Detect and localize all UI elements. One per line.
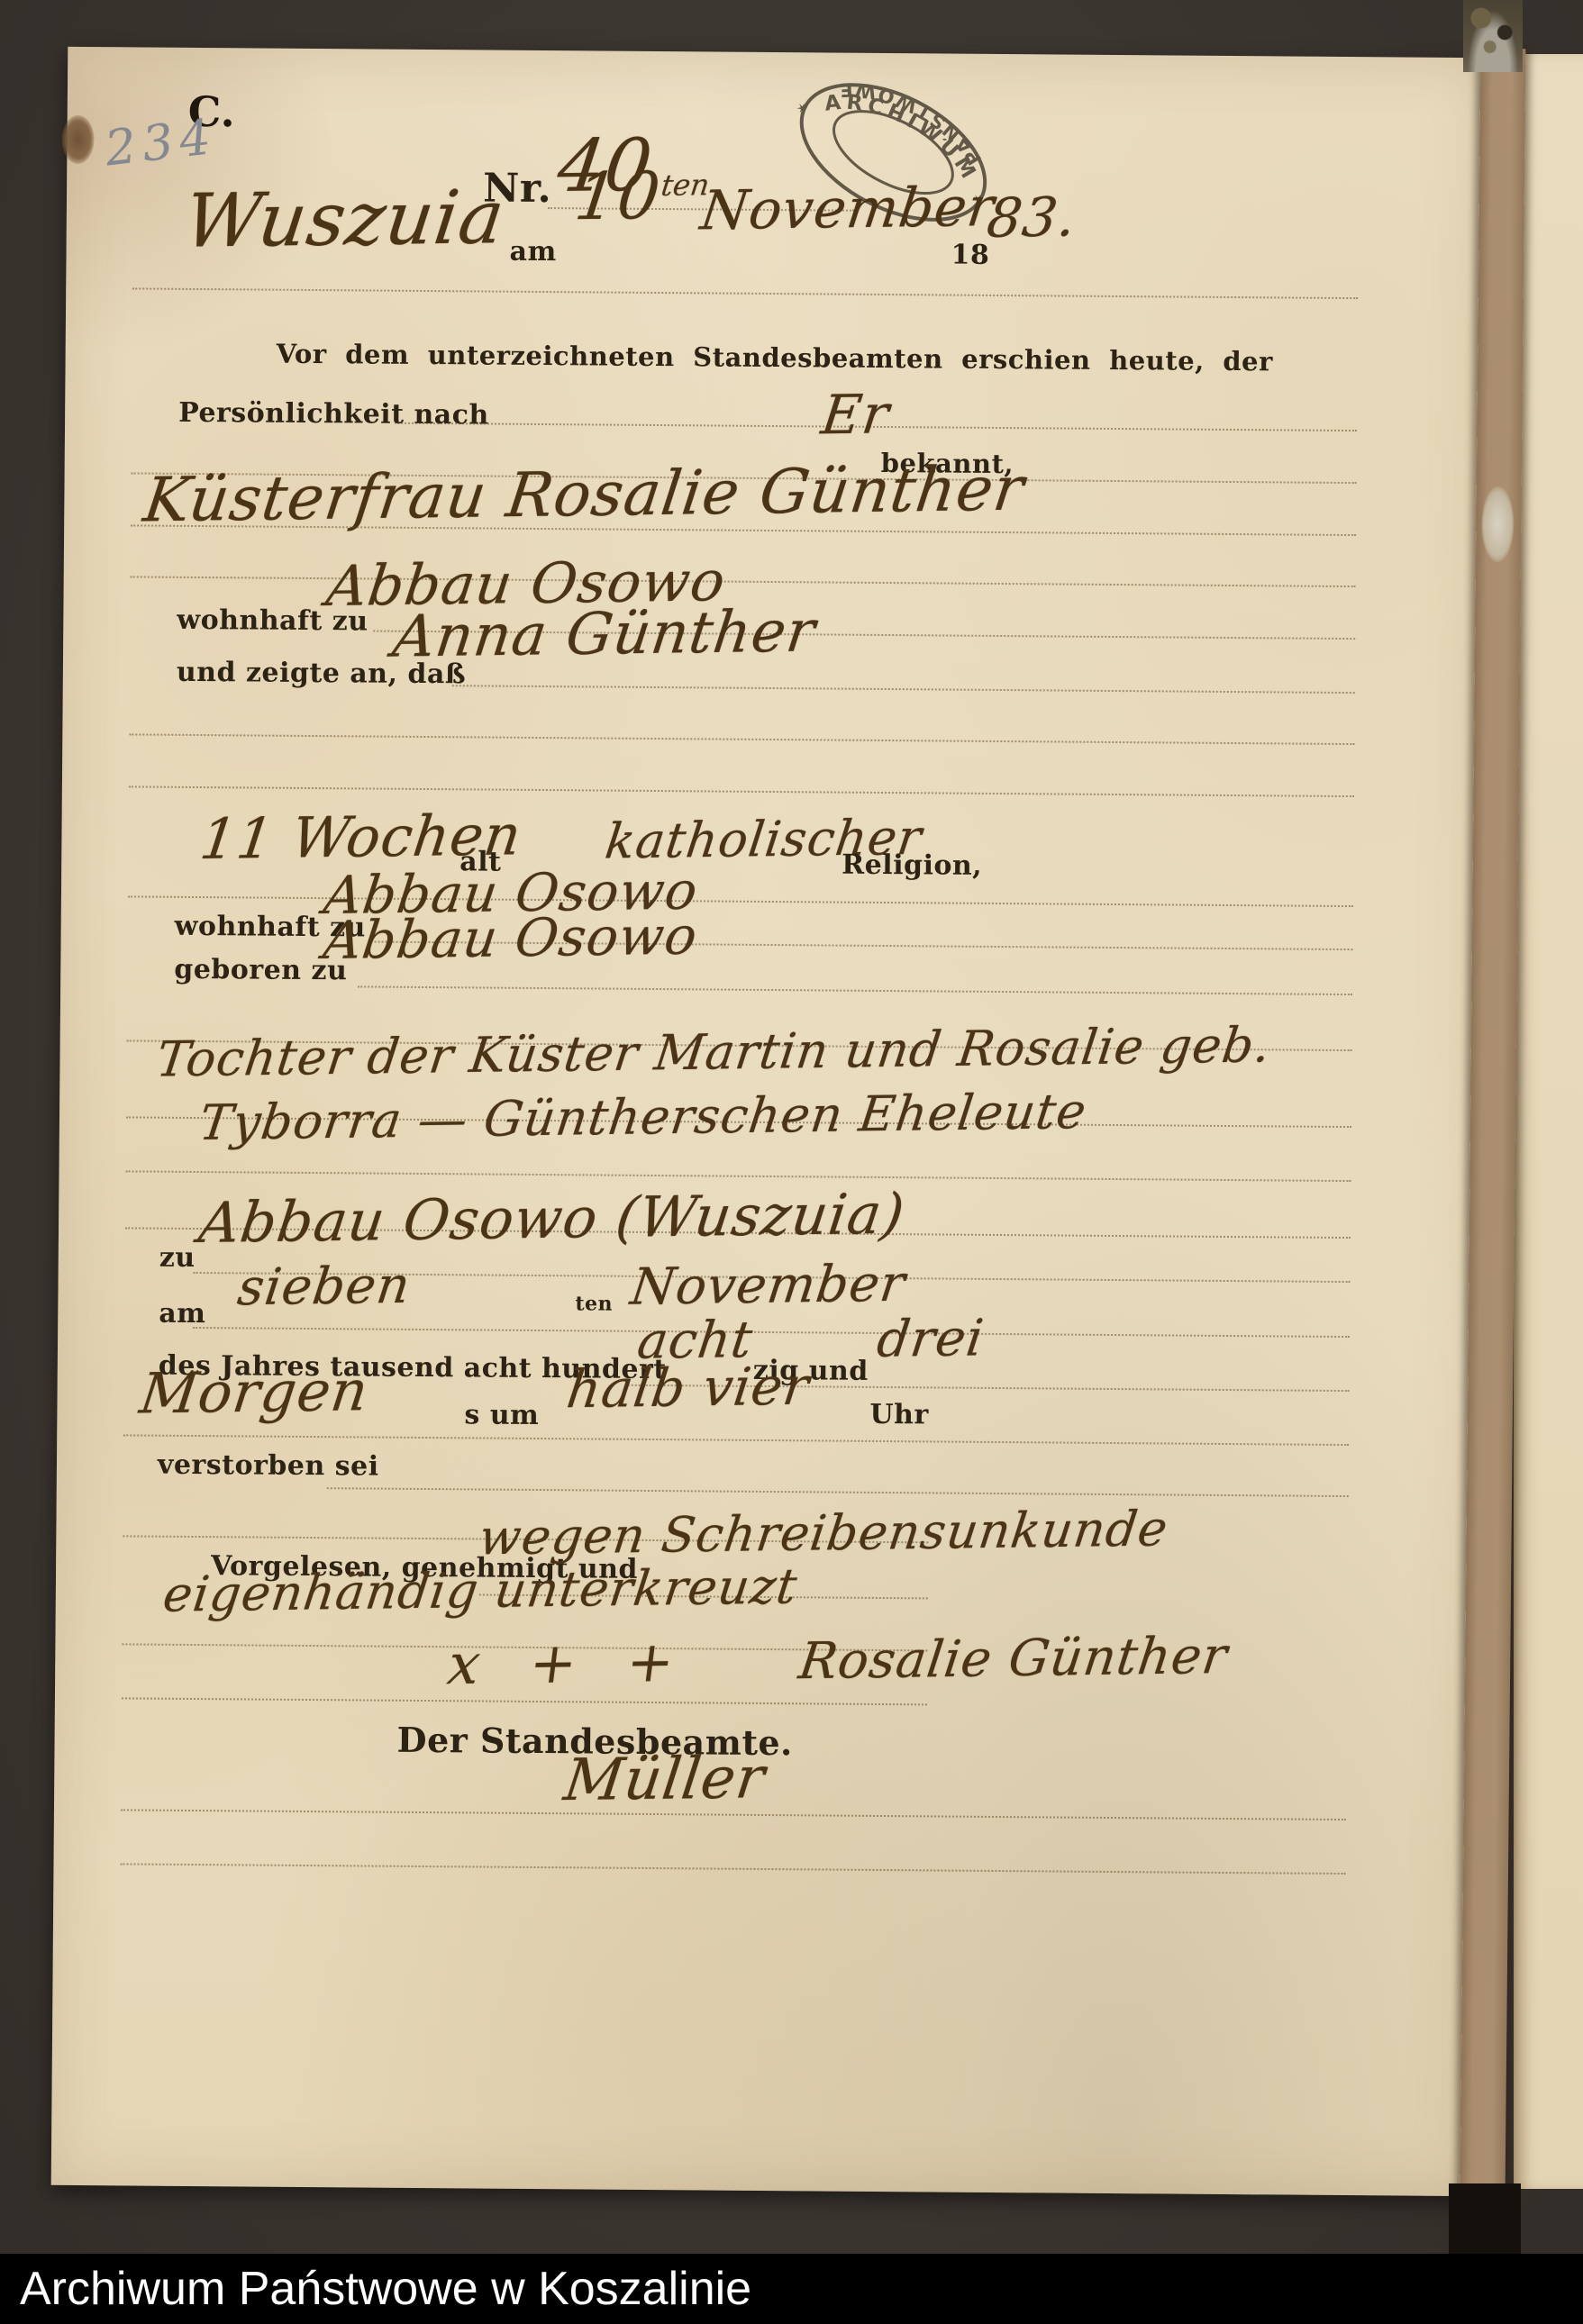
declarant-signature: Rosalie Günther: [796, 1627, 1231, 1691]
adjacent-page-edge: [1514, 54, 1583, 2189]
intro-line: Vor dem unterzeichneten Standesbeamten e…: [277, 339, 1273, 377]
birthplace-value: Abbau Osowo: [320, 905, 701, 972]
ruled-dotted-line: [126, 1170, 1351, 1182]
register-page: C. 234 ARCHIWUM PAŃSTWOWE ✶ ✶: [51, 47, 1487, 2196]
death-place-label: zu: [159, 1242, 196, 1274]
closing-handwritten-2: eigenhändig unterkreuzt: [160, 1557, 801, 1622]
ruled-dotted-line: [123, 1434, 1349, 1446]
book-binding: [1463, 0, 1523, 72]
dateline-day-number: 10: [571, 158, 665, 234]
ruled-dotted-line: [358, 985, 1352, 995]
archival-photo: C. 234 ARCHIWUM PAŃSTWOWE ✶ ✶: [0, 0, 1583, 2324]
dateline-am-label: am: [509, 236, 556, 268]
svg-text:PAŃSTWOWE: PAŃSTWOWE: [827, 59, 996, 175]
archive-caption-bar: Archiwum Państwowe w Koszalinie: [0, 2254, 1583, 2324]
religion-label: Religion,: [842, 849, 982, 882]
ruled-dotted-line: [327, 1487, 1349, 1497]
identity-handwritten-mark: Er: [818, 383, 893, 447]
death-time-unit-label: Uhr: [869, 1399, 929, 1431]
gutter-shadow: [1449, 2183, 1521, 2257]
dateline-day: 10ten: [571, 157, 713, 234]
parents-line1: Tochter der Küster Martin und Rosalie ge…: [153, 1016, 1274, 1087]
death-year-ones: drei: [874, 1309, 987, 1369]
tape-patch: [1481, 486, 1515, 562]
died-label: verstorben sei: [158, 1449, 379, 1483]
ink-blotch: [61, 115, 94, 164]
death-day-value: sieben: [234, 1257, 414, 1318]
archive-caption: Archiwum Państwowe w Koszalinie: [20, 2262, 751, 2316]
stamp-bottom-text: PAŃSTWOWE: [827, 59, 996, 175]
dateline-year: 83.: [984, 186, 1080, 250]
closing-handwritten-1: wegen Schreibensunkunde: [476, 1500, 1171, 1566]
identity-label: Persönlichkeit nach: [178, 397, 489, 431]
death-day-suffix-label: ten: [575, 1292, 613, 1315]
ruled-dotted-line: [452, 685, 1355, 694]
death-time-join-label: s um: [464, 1399, 539, 1431]
declarant-name: Küsterfrau Rosalie Günther: [140, 454, 1028, 537]
dateline-place: Wuszuia: [179, 175, 509, 265]
death-day-label: am: [159, 1298, 205, 1330]
dateline-month: November: [697, 176, 998, 242]
ruled-dotted-line: [122, 1697, 927, 1705]
death-place-value: Abbau Osowo (Wuszuia): [196, 1181, 909, 1256]
ruled-dotted-line: [193, 1327, 1350, 1338]
death-time-value: halb vier: [563, 1356, 813, 1421]
declarant-crosses: x + +: [444, 1629, 679, 1697]
parents-line2: Tyborra — Güntherschen Eheleute: [196, 1083, 1090, 1151]
ruled-dotted-line: [129, 733, 1354, 745]
ruled-dotted-line: [128, 895, 1353, 907]
deceased-name: Anna Günther: [389, 598, 820, 670]
ruled-dotted-line: [132, 287, 1358, 299]
death-month-value: November: [627, 1255, 909, 1317]
registrar-signature: Müller: [560, 1745, 769, 1814]
pencil-page-number: 234: [102, 108, 219, 177]
ruled-dotted-line: [120, 1863, 1345, 1875]
death-time-period: Morgen: [136, 1357, 372, 1426]
ruled-dotted-line: [131, 576, 1356, 587]
ruled-dotted-line: [129, 785, 1354, 797]
